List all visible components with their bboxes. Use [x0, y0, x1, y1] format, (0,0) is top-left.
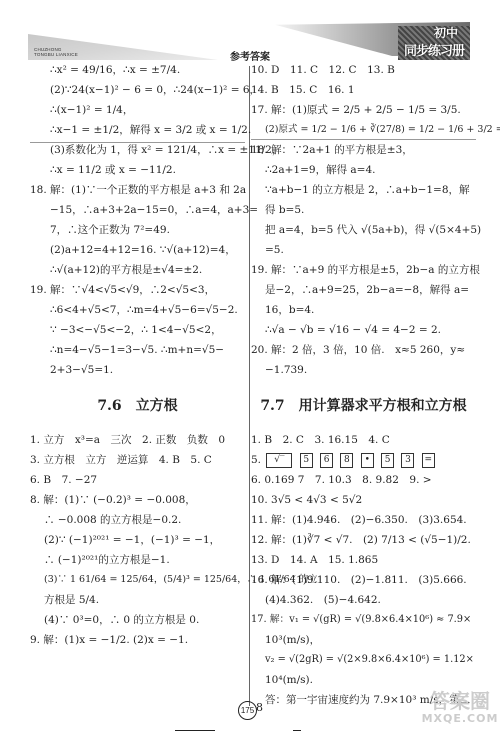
answer-line: ∴2a+1=9，解得 a=4. [251, 160, 476, 180]
answer-line: 11. 解：(1)4.946. (2)−6.350. (3)3.654. [251, 510, 476, 530]
footer-rule [175, 730, 215, 731]
answer-line: 10. D 11. C 12. C 13. B [251, 60, 476, 80]
watermark-url: MXQE.COM [420, 712, 500, 725]
band-text-line-2: TONGBU LIANXICE [34, 52, 78, 57]
answer-line: −1.739. [251, 360, 476, 380]
answer-line: ∴x−1 = ±1/2，解得 x = 3/2 或 x = 1/2. [30, 120, 245, 140]
question-number: 5. [251, 454, 261, 466]
answer-line: ∴√(a+12)的平方根是±√4=±2. [30, 260, 245, 280]
answer-line: (3)∵ 1 61/64 = 125/64，(5/4)³ = 125/64，∴ … [30, 570, 245, 590]
answer-line: 20. 解：2 倍，3 倍，10 倍. x≈5 260，y≈ [251, 340, 476, 360]
digit-key: 5 [300, 453, 313, 468]
decimal-point-key: • [361, 453, 374, 468]
answer-line: (3)系数化为 1，得 x² = 121/4，∴x = ±11/2， [30, 140, 245, 160]
answer-line: ∵ −3<−√5<−2，∴ 1<4−√5<2， [30, 320, 245, 340]
answer-line: 18. 解：∵2a+1 的平方根是±3， [251, 140, 476, 160]
answer-line: =5. [251, 240, 476, 260]
watermark: 答案圈 MXQE.COM [420, 690, 500, 725]
answer-line: (4)4.362. (5)−4.642. [251, 590, 476, 610]
answer-line: ∴x² = 49/16，∴x = ±7/4. [30, 60, 245, 80]
calculator-key-sequence: 5. √‾ 5 6 8 • 5 3 = [251, 450, 476, 470]
answer-line: (2)a+12=4+12=16. ∵√(a+12)=4， [30, 240, 245, 260]
answer-line: v₂ = √(2gR) = √(2×9.8×6.4×10⁶) = 1.12× [251, 650, 476, 670]
answer-line: 12. 解：(1)∛7 < √7. (2) 7/13 < (√5−1)/2. [251, 530, 476, 550]
answer-line: ∴ (−1)²⁰²¹的立方根是−1. [30, 550, 245, 570]
answer-line: 9. 解：(1)x = −1/2. (2)x = −1. [30, 630, 245, 650]
answer-line: 16. 解：(1)9.110. (2)−1.811. (3)5.666. [251, 570, 476, 590]
digit-key: 5 [381, 453, 394, 468]
answer-line: 17. 解：v₁ = √(gR) = √(9.8×6.4×10⁶) ≈ 7.9× [251, 610, 476, 630]
answer-line: (2)∵ (−1)²⁰²¹ = −1，(−1)³ = −1， [30, 530, 245, 550]
answer-line: ∴√a − √b = √16 − √4 = 4−2 = 2. [251, 320, 476, 340]
answer-line: (4)∵ 0³=0，∴ 0 的立方根是 0. [30, 610, 245, 630]
page-number-badge: 175 [238, 701, 257, 720]
answer-line: 是−2，∴a+9=25，2b−a=−8，解得 a= [251, 280, 476, 300]
answer-line: 19. 解：∵a+9 的平方根是±5，2b−a 的立方根 [251, 260, 476, 280]
answer-line: −15，∴a+3+2a−15=0，∴a=4，a+3= [30, 200, 245, 220]
watermark-title: 答案圈 [420, 690, 500, 712]
answer-line: 10³(m/s)， [251, 630, 476, 650]
page-number-ornament: 8 [256, 701, 263, 714]
left-column: ∴x² = 49/16，∴x = ±7/4. (2)∵24(x−1)² − 6 … [30, 60, 245, 650]
answer-line: 13. D 14. A 15. 1.865 [251, 550, 476, 570]
answer-line: 得 b=5. [251, 200, 476, 220]
page-header: CHUZHONG TONGBU LIANXICE 初中 同步练习册 参考答案 [0, 0, 500, 62]
answer-line: 1. 立方 x³=a 三次 2. 正数 负数 0 [30, 430, 245, 450]
section-title-7-7: 7.7 用计算器求平方根和立方根 [251, 396, 476, 416]
left-header-band-text: CHUZHONG TONGBU LIANXICE [34, 47, 78, 57]
answer-line: 把 a=4，b=5 代入 √(5a+b)，得 √(5×4+5) [251, 220, 476, 240]
answer-line: ∴x = 11/2 或 x = −11/2. [30, 160, 245, 180]
answer-line: 7，∴这个正数为 7²=49. [30, 220, 245, 240]
answer-line: 8. 解：(1)∵ (−0.2)³ = −0.008， [30, 490, 245, 510]
section-title-7-6: 7.6 立方根 [30, 396, 245, 416]
answer-line: 6. B 7. −27 [30, 470, 245, 490]
answer-line: 6. 0.169 7 7. 10.3 8. 9.82 9. > [251, 470, 476, 490]
footer-rule [293, 730, 301, 731]
brand-top-text: 初中 [434, 24, 458, 41]
answer-line: ∵a+b−1 的立方根是 2，∴a+b−1=8，解 [251, 180, 476, 200]
digit-key: 6 [320, 453, 333, 468]
answer-line: (2)∵24(x−1)² − 6 = 0，∴24(x−1)² = 6， [30, 80, 245, 100]
answer-line: 16，b=4. [251, 300, 476, 320]
right-column: 10. D 11. C 12. C 13. B 14. B 15. C 16. … [251, 60, 476, 710]
answer-line: 18. 解：(1)∵一个正数的平方根是 a+3 和 2a [30, 180, 245, 200]
answer-line: ∴n=4−√5−1=3−√5. ∴m+n=√5− [30, 340, 245, 360]
column-divider [249, 66, 250, 706]
answer-line: ∴(x−1)² = 1/4， [30, 100, 245, 120]
equals-key: = [422, 453, 435, 468]
digit-key: 8 [340, 453, 353, 468]
answer-line: 17. 解：(1)原式 = 2/5 + 2/5 − 1/5 = 3/5. [251, 100, 476, 120]
answer-line: 10. 3√5 < 4√3 < 5√2 [251, 490, 476, 510]
digit-key: 3 [401, 453, 414, 468]
answer-line: ∴6<4+√5<7，∴m=4+√5−6=√5−2. [30, 300, 245, 320]
answer-line: 2+3−√5=1. [30, 360, 245, 380]
answer-line: ∴ −0.008 的立方根是−0.2. [30, 510, 245, 530]
answer-line: 10⁴(m/s). [251, 670, 476, 690]
answer-line: (2)原式 = 1/2 − 1/6 + ∛(27/8) = 1/2 − 1/6 … [251, 120, 476, 140]
answer-line: 19. 解：∵√4<√5<√9，∴2<√5<3， [30, 280, 245, 300]
sqrt-key: √‾ [266, 453, 292, 468]
answer-line: 3. 立方根 立方 逆运算 4. B 5. C [30, 450, 245, 470]
answer-line: 方根是 5/4. [30, 590, 245, 610]
answer-line: 1. B 2. C 3. 16.15 4. C [251, 430, 476, 450]
answer-line: 14. B 15. C 16. 1 [251, 80, 476, 100]
brand-logo: 初中 同步练习册 [398, 26, 470, 60]
brand-bottom-text: 同步练习册 [404, 40, 464, 59]
